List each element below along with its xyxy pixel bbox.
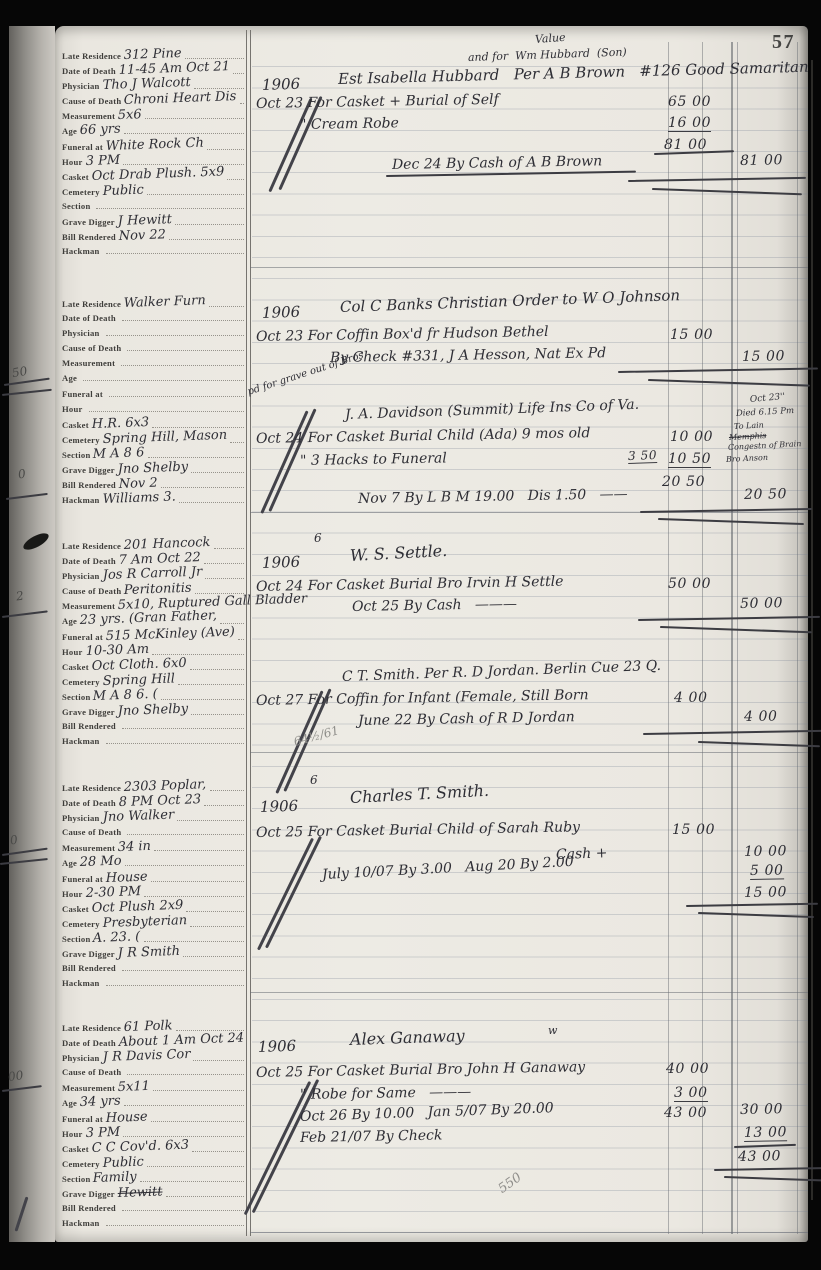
- field-value-handwritten: J R Davis Cor: [102, 1047, 190, 1065]
- form-row: Funeral atWhite Rock Ch: [62, 139, 246, 154]
- amount: 4 00: [744, 709, 778, 724]
- form-row: HackmanWilliams 3.: [62, 492, 246, 507]
- dotted-rule: [214, 548, 244, 549]
- field-label: Age: [62, 1096, 77, 1111]
- field-value-handwritten: White Rock Ch: [105, 135, 204, 153]
- field-label: Physician: [62, 1051, 100, 1066]
- paid-slash-mark: [14, 1196, 28, 1231]
- form-row: CasketOct Drab Plush. 5x9: [62, 169, 246, 184]
- field-label: Hour: [62, 645, 83, 660]
- field-label: Hackman: [62, 1216, 100, 1231]
- margin-note: Bro Anson: [726, 454, 768, 464]
- dotted-rule: [179, 502, 244, 503]
- dotted-rule: [240, 103, 244, 104]
- form-row: Funeral at: [62, 387, 246, 402]
- form-row: CemeteryPresbyterian: [62, 916, 246, 931]
- dotted-rule: [121, 365, 244, 366]
- charge-line: Oct 23 For Casket + Burial of Self: [256, 93, 499, 111]
- dotted-rule: [151, 881, 244, 882]
- field-label: Hackman: [62, 244, 100, 259]
- dotted-rule: [153, 1090, 244, 1091]
- form-row: Hackman: [62, 244, 246, 259]
- dotted-rule: [122, 320, 244, 321]
- gutter-bleed-mark: 0: [9, 834, 18, 847]
- field-label: Bill Rendered: [62, 230, 116, 245]
- dotted-rule: [96, 208, 244, 209]
- pen-stroke: [724, 1176, 821, 1181]
- pen-mark: 6: [310, 774, 318, 786]
- paid-slash-mark: [268, 98, 312, 192]
- gutter-bleed-mark: 0: [17, 468, 26, 481]
- amount: 50 00: [740, 596, 783, 611]
- field-value-handwritten: M A 8 6. (: [93, 687, 158, 704]
- field-value-handwritten: Public: [102, 1154, 144, 1170]
- total-amount: 81 00: [664, 138, 707, 152]
- field-value-handwritten: Williams 3.: [102, 490, 176, 508]
- pen-stroke: [2, 848, 48, 856]
- dotted-rule: [166, 1196, 244, 1197]
- ink-blot: [21, 530, 51, 553]
- form-row: Grave DiggerHewitt: [62, 1186, 246, 1201]
- entry-subtitle: J. A. Davidson (Summit) Life Ins Co of V…: [345, 398, 640, 422]
- dotted-rule: [209, 306, 244, 307]
- form-row: Age: [62, 371, 246, 386]
- pen-stroke: [734, 1144, 796, 1148]
- payment-line: Dec 24 By Cash of A B Brown: [392, 154, 602, 172]
- field-label: Funeral at: [62, 140, 103, 155]
- field-label: Late Residence: [62, 539, 121, 554]
- field-label: Hour: [62, 1127, 83, 1142]
- field-label: Casket: [62, 902, 89, 917]
- entry-title: Alex Ganaway: [350, 1028, 465, 1048]
- entry-year: 1906: [260, 799, 299, 815]
- dotted-rule: [106, 1225, 244, 1226]
- field-label: Section: [62, 690, 90, 705]
- pen-stroke: [2, 1085, 42, 1092]
- form-row: Funeral atHouse: [62, 871, 246, 886]
- form-row: PhysicianJ R Davis Cor: [62, 1050, 246, 1065]
- amount: 50 00: [668, 577, 711, 591]
- field-label: Hackman: [62, 493, 100, 508]
- field-value-handwritten: Hewitt: [117, 1184, 162, 1201]
- field-label: Cemetery: [62, 1157, 100, 1172]
- payment-line: Feb 21/07 By Check: [300, 1129, 443, 1145]
- dotted-rule: [191, 714, 244, 715]
- field-label: Bill Rendered: [62, 961, 116, 976]
- pen-stroke: [628, 177, 806, 182]
- field-label: Physician: [62, 811, 100, 826]
- field-label: Casket: [62, 170, 89, 185]
- amount: 40 00: [666, 1062, 709, 1076]
- margin-note: pd for grave out of Bros,: [246, 350, 368, 398]
- entry-year: 1906: [262, 555, 301, 571]
- form-row: Age28 Mo: [62, 855, 246, 870]
- field-label: Late Residence: [62, 781, 121, 796]
- dotted-rule: [151, 1121, 244, 1122]
- charge-line: Oct 24 For Casket Burial Child (Ada) 9 m…: [256, 426, 591, 446]
- margin-note: Oct 23'': [750, 393, 786, 405]
- dotted-rule: [144, 896, 244, 897]
- charge-line: Oct 24 For Casket Burial Bro Irvin H Set…: [256, 575, 564, 594]
- field-label: Grave Digger: [62, 463, 115, 478]
- field-value-handwritten: 34 in: [118, 839, 152, 855]
- dotted-rule: [140, 1181, 244, 1182]
- dotted-rule: [148, 457, 244, 458]
- dotted-rule: [145, 118, 244, 119]
- pen-stroke: [660, 626, 812, 633]
- gutter-bleed-mark: 50: [11, 365, 28, 379]
- field-value-handwritten: H.R. 6x3: [91, 415, 149, 432]
- gutter-bleed-mark: 00: [7, 1069, 24, 1083]
- dotted-rule: [124, 133, 244, 134]
- field-value-handwritten: Jno Shelby: [117, 702, 188, 719]
- field-label: Grave Digger: [62, 1187, 115, 1202]
- dotted-rule: [144, 941, 244, 942]
- pencil-note: 64½/61: [292, 724, 340, 748]
- dotted-rule: [109, 396, 244, 397]
- dotted-rule: [127, 834, 244, 835]
- field-label: Section: [62, 199, 90, 214]
- record-form-block: Late ResidenceWalker FurnDate of DeathPh…: [62, 296, 246, 507]
- charge-line: " Cream Robe: [300, 116, 399, 132]
- pen-stroke: [618, 368, 818, 373]
- margin-note: Congestn of Brain: [728, 440, 802, 452]
- field-label: Hour: [62, 155, 83, 170]
- form-row: CasketC C Cov'd. 6x3: [62, 1141, 246, 1156]
- form-row: Grave DiggerJ R Smith: [62, 946, 246, 961]
- dotted-rule: [233, 73, 244, 74]
- dotted-rule: [169, 239, 244, 240]
- field-label: Cause of Death: [62, 1065, 121, 1080]
- paid-slash-mark: [257, 838, 314, 951]
- entry-title: W. S. Settle.: [350, 543, 448, 564]
- field-label: Cemetery: [62, 917, 100, 932]
- form-row: CemeteryPublic: [62, 1156, 246, 1171]
- form-row: Cause of DeathChroni Heart Dis: [62, 93, 246, 108]
- page-number: 57: [772, 31, 795, 54]
- form-row: Funeral at515 McKinley (Ave): [62, 629, 246, 644]
- field-label: Casket: [62, 660, 89, 675]
- margin-note: Died 6.15 Pm: [736, 407, 794, 419]
- field-label: Cause of Death: [62, 825, 121, 840]
- pen-stroke: [714, 1167, 821, 1171]
- field-label: Cause of Death: [62, 341, 121, 356]
- amount: 10 00: [744, 844, 787, 859]
- field-label: Grave Digger: [62, 215, 115, 230]
- dotted-rule: [123, 164, 244, 165]
- entry-title: Col C Banks Christian Order to W O Johns…: [340, 288, 681, 315]
- field-value-handwritten: Spring Hill: [102, 671, 175, 689]
- form-row: Bill Rendered: [62, 719, 246, 734]
- dotted-rule: [178, 684, 244, 685]
- field-label: Cause of Death: [62, 94, 121, 109]
- dotted-rule: [207, 149, 244, 150]
- field-label: Section: [62, 1172, 90, 1187]
- field-label: Grave Digger: [62, 705, 115, 720]
- field-value-handwritten: 10-30 Am: [85, 641, 149, 658]
- form-row: CemeterySpring Hill, Mason: [62, 432, 246, 447]
- entry-title: Charles T. Smith.: [350, 783, 490, 806]
- amount: 15 00: [672, 823, 715, 837]
- dotted-rule: [238, 639, 244, 640]
- amount: 5 00: [750, 863, 784, 880]
- amount: 13 00: [744, 1125, 787, 1142]
- dotted-rule: [124, 1105, 244, 1106]
- form-row: Measurement34 in: [62, 840, 246, 855]
- dotted-rule: [106, 985, 244, 986]
- field-value-handwritten: 2-30 PM: [85, 884, 141, 901]
- amount: 4 00: [674, 691, 708, 705]
- pen-stroke: [658, 518, 804, 525]
- field-label: Bill Rendered: [62, 719, 116, 734]
- form-row: Bill Rendered: [62, 961, 246, 976]
- form-row: PhysicianJno Walker: [62, 810, 246, 825]
- record-form-block: Late Residence312 PineDate of Death11-45…: [62, 48, 246, 259]
- dotted-rule: [152, 654, 244, 655]
- field-value-handwritten: House: [105, 1109, 147, 1125]
- form-row: Age34 yrs: [62, 1095, 246, 1110]
- entry-annotation: w: [548, 1025, 557, 1036]
- dotted-rule: [122, 970, 244, 971]
- field-label: Cemetery: [62, 185, 100, 200]
- form-row: Date of Death: [62, 311, 246, 326]
- dotted-rule: [161, 699, 244, 700]
- dotted-rule: [161, 487, 244, 488]
- field-value-handwritten: Chroni Heart Dis: [124, 89, 237, 108]
- pencil-note: 550: [496, 1171, 524, 1196]
- dotted-rule: [204, 805, 244, 806]
- charge-line: Oct 25 For Casket Burial Bro John H Gana…: [256, 1060, 585, 1080]
- form-row: Funeral atHouse: [62, 1111, 246, 1126]
- amount: 15 00: [742, 349, 785, 364]
- field-value-handwritten: Jno Walker: [102, 808, 174, 825]
- dotted-rule: [106, 335, 244, 336]
- field-label: Cause of Death: [62, 584, 121, 599]
- field-value-handwritten: Public: [102, 182, 144, 198]
- form-row: Physician: [62, 326, 246, 341]
- entry-annotation: and for Wm Hubbard (Son): [468, 46, 627, 63]
- field-value-handwritten: Nov 22: [118, 227, 166, 244]
- dotted-rule: [127, 350, 244, 351]
- total-amount: 20 50: [662, 475, 705, 489]
- field-label: Age: [62, 371, 77, 386]
- pen-stroke: [638, 616, 820, 621]
- field-label: Section: [62, 932, 90, 947]
- dotted-rule: [183, 956, 244, 957]
- form-row: Grave DiggerJno Shelby: [62, 704, 246, 719]
- field-value-handwritten: A. 23. (: [93, 929, 141, 946]
- dotted-rule: [123, 1136, 244, 1137]
- pen-mark: 6: [314, 532, 322, 544]
- record-form-block: Late Residence61 PolkDate of DeathAbout …: [62, 1020, 246, 1231]
- dotted-rule: [147, 1166, 244, 1167]
- field-value-handwritten: Spring Hill, Mason: [102, 428, 227, 447]
- amount: 15 00: [670, 328, 713, 342]
- form-row: Late ResidenceWalker Furn: [62, 296, 246, 311]
- field-value-handwritten: 5x6: [118, 108, 142, 124]
- payment-line: Oct 26 By 10.00 Jan 5/07 By 20.00: [300, 1101, 554, 1124]
- field-label: Physician: [62, 569, 100, 584]
- payment-line: June 22 By Cash of R D Jordan: [358, 710, 575, 728]
- form-row: Measurement5x6: [62, 108, 246, 123]
- dotted-rule: [122, 1210, 244, 1211]
- dotted-rule: [147, 194, 244, 195]
- amount: 10 50: [668, 452, 711, 468]
- field-value-handwritten: Walker Furn: [124, 293, 207, 311]
- form-row: Hackman: [62, 734, 246, 749]
- margin-note: To Lain: [734, 421, 764, 431]
- field-label: Measurement: [62, 356, 115, 371]
- total-amount: 15 00: [744, 885, 787, 900]
- dotted-rule: [193, 1060, 244, 1061]
- record-form-block: Late Residence2303 Poplar,Date of Death8…: [62, 780, 246, 991]
- dotted-rule: [106, 253, 244, 254]
- entry-year: 1906: [262, 305, 301, 321]
- dotted-rule: [227, 179, 244, 180]
- charge-line: " 3 Hacks to Funeral: [300, 451, 447, 468]
- entry-year: 1906: [258, 1039, 297, 1055]
- form-row: Hackman: [62, 976, 246, 991]
- field-label: Funeral at: [62, 872, 103, 887]
- entry-year: 1906: [262, 77, 301, 93]
- dotted-rule: [122, 728, 244, 729]
- field-value-handwritten: 66 yrs: [80, 122, 121, 138]
- pen-stroke: [0, 858, 48, 865]
- dotted-rule: [83, 380, 244, 381]
- form-row: Hour: [62, 402, 246, 417]
- amount: 20 50: [744, 487, 787, 502]
- dotted-rule: [89, 411, 244, 412]
- field-label: Casket: [62, 418, 89, 433]
- pen-stroke: [686, 903, 818, 907]
- dotted-rule: [230, 442, 244, 443]
- field-label: Age: [62, 856, 77, 871]
- amount: 3 50: [628, 449, 658, 464]
- form-row: Measurement: [62, 356, 246, 371]
- dotted-rule: [191, 472, 244, 473]
- dotted-rule: [177, 820, 244, 821]
- field-value-handwritten: House: [105, 869, 147, 885]
- dotted-rule: [205, 578, 244, 579]
- amount: 3 00: [674, 1086, 708, 1102]
- entry-title: Est Isabella Hubbard Per A B Brown #126 …: [338, 60, 809, 87]
- amount: 10 00: [670, 430, 713, 444]
- entry-subtitle: C T. Smith. Per R. D Jordan. Berlin Cue …: [342, 659, 661, 684]
- form-row: Hackman: [62, 1216, 246, 1231]
- pen-stroke: [2, 610, 48, 618]
- total-amount: 43 00: [738, 1149, 781, 1164]
- field-label: Hour: [62, 402, 83, 417]
- field-label: Cemetery: [62, 675, 100, 690]
- form-row: Cause of Death: [62, 1065, 246, 1080]
- dotted-rule: [190, 926, 244, 927]
- field-label: Section: [62, 448, 90, 463]
- field-label: Age: [62, 124, 77, 139]
- amount: 43 00: [664, 1106, 707, 1120]
- charge-line: Oct 25 For Casket Burial Child of Sarah …: [256, 820, 580, 840]
- charge-line: Oct 23 For Coffin Box'd fr Hudson Bethel: [256, 325, 549, 344]
- form-row: Cause of Death: [62, 341, 246, 356]
- field-value-handwritten: 3 PM: [85, 152, 120, 168]
- pen-stroke: [4, 378, 50, 386]
- entry-annotation: Value: [535, 32, 566, 45]
- field-label: Casket: [62, 1142, 89, 1157]
- field-value-handwritten: C C Cov'd. 6x3: [91, 1137, 189, 1155]
- scanned-ledger-page: Late Residence312 PineDate of Death11-45…: [0, 0, 821, 1270]
- handwritten-content-layer: Late Residence312 PineDate of Death11-45…: [0, 0, 821, 1270]
- form-row: Cause of Death: [62, 825, 246, 840]
- field-label: Late Residence: [62, 1021, 121, 1036]
- dotted-rule: [175, 224, 244, 225]
- field-label: Late Residence: [62, 49, 121, 64]
- pen-stroke: [652, 188, 802, 195]
- dotted-rule: [154, 850, 244, 851]
- dotted-rule: [125, 865, 244, 866]
- field-label: Funeral at: [62, 630, 103, 645]
- field-label: Late Residence: [62, 297, 121, 312]
- field-label: Date of Death: [62, 311, 116, 326]
- field-label: Funeral at: [62, 1112, 103, 1127]
- field-value-handwritten: Family: [93, 1169, 137, 1186]
- charge-line: By Check #331, J A Hesson, Nat Ex Pd: [330, 346, 606, 365]
- dotted-rule: [204, 563, 244, 564]
- field-label: Physician: [62, 79, 100, 94]
- payment-line: July 10/07 By 3.00 Aug 20 By 2.00: [322, 855, 574, 882]
- pen-stroke: [640, 508, 812, 513]
- dotted-rule: [190, 669, 244, 670]
- field-label: Funeral at: [62, 387, 103, 402]
- field-label: Grave Digger: [62, 947, 115, 962]
- field-label: Cemetery: [62, 433, 100, 448]
- field-label: Hackman: [62, 976, 100, 991]
- pen-stroke: [698, 912, 814, 918]
- field-label: Hackman: [62, 734, 100, 749]
- charge-line: Oct 27 For Coffin for Infant (Female, St…: [256, 688, 589, 708]
- amount: 65 00: [668, 95, 711, 109]
- amount: 81 00: [740, 153, 783, 168]
- field-value-handwritten: 34 yrs: [80, 1094, 121, 1110]
- field-value-handwritten: J R Smith: [117, 944, 180, 961]
- pen-stroke: [648, 379, 810, 387]
- amount: 16 00: [668, 116, 711, 132]
- form-row: Bill Rendered: [62, 1201, 246, 1216]
- field-label: Age: [62, 614, 77, 629]
- field-value-handwritten: 28 Mo: [80, 854, 122, 870]
- payment-line: Oct 25 By Cash ———: [352, 597, 517, 614]
- field-value-handwritten: M A 8 6: [93, 445, 145, 462]
- pen-stroke: [2, 389, 52, 396]
- field-label: Bill Rendered: [62, 1201, 116, 1216]
- gutter-bleed-mark: 2: [15, 590, 24, 603]
- form-row: Bill RenderedNov 22: [62, 229, 246, 244]
- field-value-handwritten: 3 PM: [85, 1124, 120, 1140]
- dotted-rule: [106, 743, 244, 744]
- pen-stroke: [698, 741, 820, 747]
- dotted-rule: [127, 1074, 244, 1075]
- form-row: Measurement5x11: [62, 1080, 246, 1095]
- field-label: Hour: [62, 887, 83, 902]
- dotted-rule: [210, 790, 244, 791]
- form-row: CemeteryPublic: [62, 184, 246, 199]
- amount: 30 00: [740, 1102, 783, 1117]
- charge-line: " Robe for Same ———: [300, 1085, 471, 1102]
- pen-stroke: [643, 730, 821, 735]
- field-value-handwritten: Jno Shelby: [117, 460, 188, 477]
- paid-slash-mark: [265, 836, 322, 949]
- payment-line: Nov 7 By L B M 19.00 Dis 1.50 ——: [358, 487, 628, 506]
- dotted-rule: [186, 911, 244, 912]
- record-form-block: Late Residence201 HancockDate of Death7 …: [62, 538, 246, 749]
